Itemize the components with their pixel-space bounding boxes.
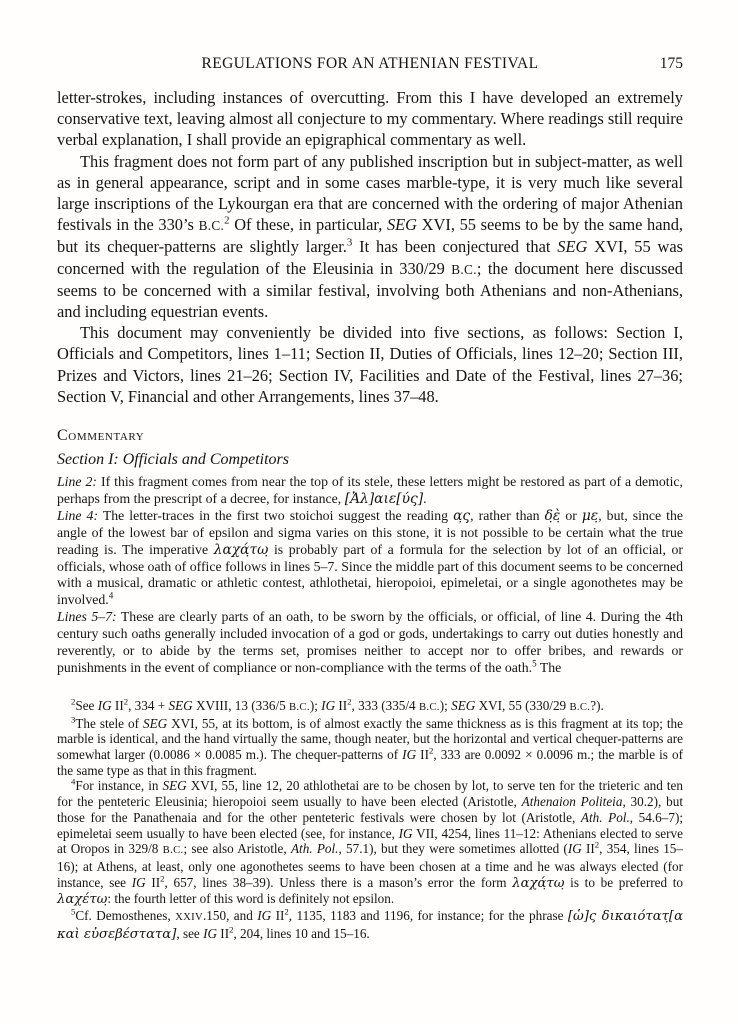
running-head-title: REGULATIONS FOR AN ATHENIAN FESTIVAL	[201, 55, 538, 72]
footnote: 3The stele of SEG XVI, 55, at its bottom…	[57, 716, 683, 779]
commentary-paragraph: Line 2: If this fragment comes from near…	[57, 474, 683, 508]
footnote: 2See IG II2, 334 + SEG XVIII, 13 (336/5 …	[57, 698, 683, 716]
section-heading: Section I: Officials and Competitors	[57, 450, 683, 469]
footnote: 5Cf. Demosthenes, XXIV.150, and IG II2, …	[57, 908, 683, 942]
footnote: 4For instance, in SEG XVI, 55, line 12, …	[57, 778, 683, 908]
commentary-heading: Commentary	[57, 426, 683, 445]
paragraph: letter-strokes, including instances of o…	[57, 87, 683, 151]
paragraph: This fragment does not form part of any …	[57, 151, 683, 323]
paragraph: This document may conveniently be divide…	[57, 322, 683, 407]
commentary-paragraph: Line 4: The letter-traces in the first t…	[57, 508, 683, 609]
commentary-text: Line 2: If this fragment comes from near…	[57, 474, 683, 677]
page: REGULATIONS FOR AN ATHENIAN FESTIVAL 175…	[0, 0, 738, 1024]
commentary-paragraph: Lines 5–7: These are clearly parts of an…	[57, 609, 683, 677]
page-header: REGULATIONS FOR AN ATHENIAN FESTIVAL 175	[57, 55, 683, 73]
page-number: 175	[660, 55, 683, 73]
footnotes: 2See IG II2, 334 + SEG XVIII, 13 (336/5 …	[57, 698, 683, 943]
main-text: letter-strokes, including instances of o…	[57, 87, 683, 407]
